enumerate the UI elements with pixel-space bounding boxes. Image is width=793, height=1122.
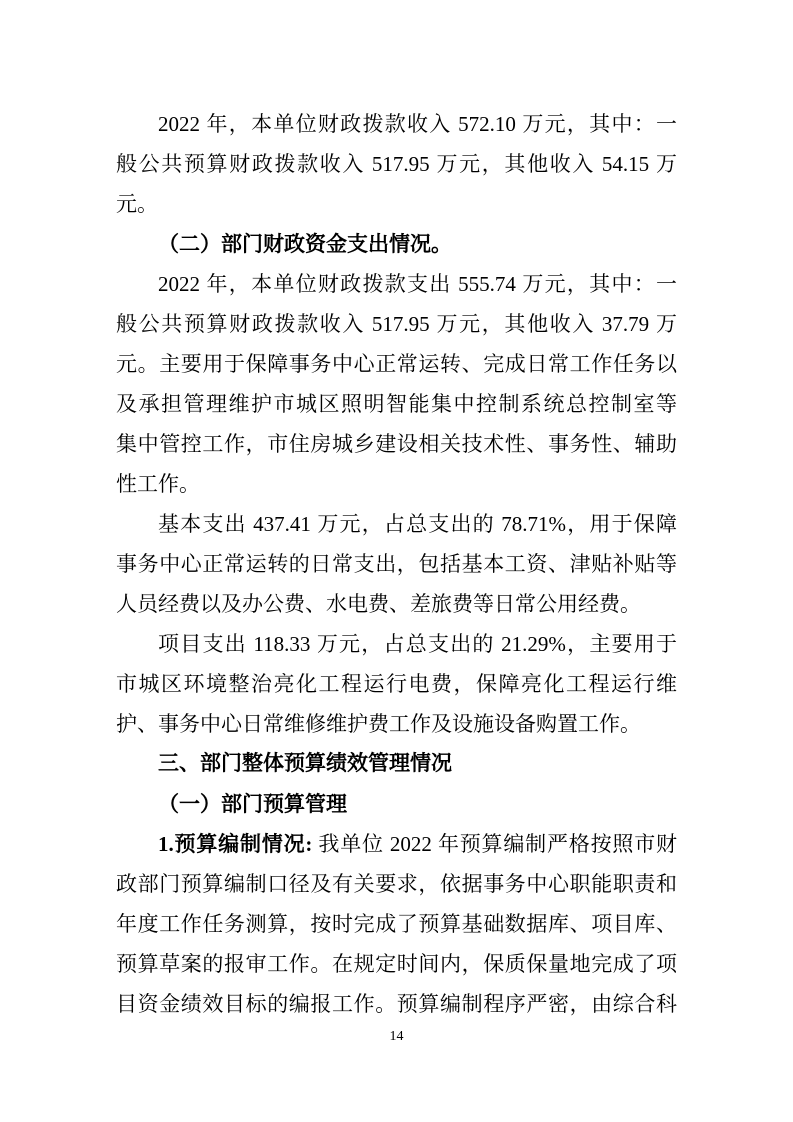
text-line: 三、部门整体预算绩效管理情况	[116, 744, 677, 784]
text-line: （二）部门财政资金支出情况。	[116, 224, 677, 264]
page-number: 14	[116, 1028, 677, 1046]
text-line: 市城区环境整治亮化工程运行电费，保障亮化工程运行维	[116, 664, 677, 704]
text-line: （一）部门预算管理	[116, 784, 677, 824]
text-line: 2022 年，本单位财政拨款支出 555.74 万元，其中：一	[116, 264, 677, 304]
paragraph: 1.预算编制情况: 我单位 2022 年预算编制严格按照市财政部门预算编制口径及…	[116, 824, 677, 1024]
paragraph: 项目支出 118.33 万元，占总支出的 21.29%，主要用于市城区环境整治亮…	[116, 624, 677, 744]
text-line: 目资金绩效目标的编报工作。预算编制程序严密，由综合科	[116, 984, 677, 1024]
text-line: 政部门预算编制口径及有关要求，依据事务中心职能职责和	[116, 864, 677, 904]
text-line: 性工作。	[116, 464, 677, 504]
text-line: 及承担管理维护市城区照明智能集中控制系统总控制室等	[116, 384, 677, 424]
paragraph: （一）部门预算管理	[116, 784, 677, 824]
text-line: 事务中心正常运转的日常支出，包括基本工资、津贴补贴等	[116, 544, 677, 584]
text-line: 护、事务中心日常维修维护费工作及设施设备购置工作。	[116, 704, 677, 744]
paragraph: 2022 年，本单位财政拨款支出 555.74 万元，其中：一般公共预算财政拨款…	[116, 264, 677, 504]
paragraph: 三、部门整体预算绩效管理情况	[116, 744, 677, 784]
text-line: 预算草案的报审工作。在规定时间内，保质保量地完成了项	[116, 944, 677, 984]
text-line: 人员经费以及办公费、水电费、差旅费等日常公用经费。	[116, 584, 677, 624]
text-line: 2022 年，本单位财政拨款收入 572.10 万元，其中：一	[116, 104, 677, 144]
document-body: 2022 年，本单位财政拨款收入 572.10 万元，其中：一般公共预算财政拨款…	[116, 104, 677, 1024]
text-line: 元。主要用于保障事务中心正常运转、完成日常工作任务以	[116, 344, 677, 384]
text-line: 元。	[116, 184, 677, 224]
paragraph: 基本支出 437.41 万元，占总支出的 78.71%，用于保障事务中心正常运转…	[116, 504, 677, 624]
paragraph: 2022 年，本单位财政拨款收入 572.10 万元，其中：一般公共预算财政拨款…	[116, 104, 677, 224]
text-line: 项目支出 118.33 万元，占总支出的 21.29%，主要用于	[116, 624, 677, 664]
document-page: 2022 年，本单位财政拨款收入 572.10 万元，其中：一般公共预算财政拨款…	[0, 0, 793, 1122]
text-line: 集中管控工作，市住房城乡建设相关技术性、事务性、辅助	[116, 424, 677, 464]
bold-run: 1.预算编制情况:	[158, 832, 312, 856]
text-line: 般公共预算财政拨款收入 517.95 万元，其他收入 54.15 万	[116, 144, 677, 184]
paragraph: （二）部门财政资金支出情况。	[116, 224, 677, 264]
text-line: 年度工作任务测算，按时完成了预算基础数据库、项目库、	[116, 904, 677, 944]
text-line: 1.预算编制情况: 我单位 2022 年预算编制严格按照市财	[116, 824, 677, 864]
text-line: 般公共预算财政拨款收入 517.95 万元，其他收入 37.79 万	[116, 304, 677, 344]
text-line: 基本支出 437.41 万元，占总支出的 78.71%，用于保障	[116, 504, 677, 544]
